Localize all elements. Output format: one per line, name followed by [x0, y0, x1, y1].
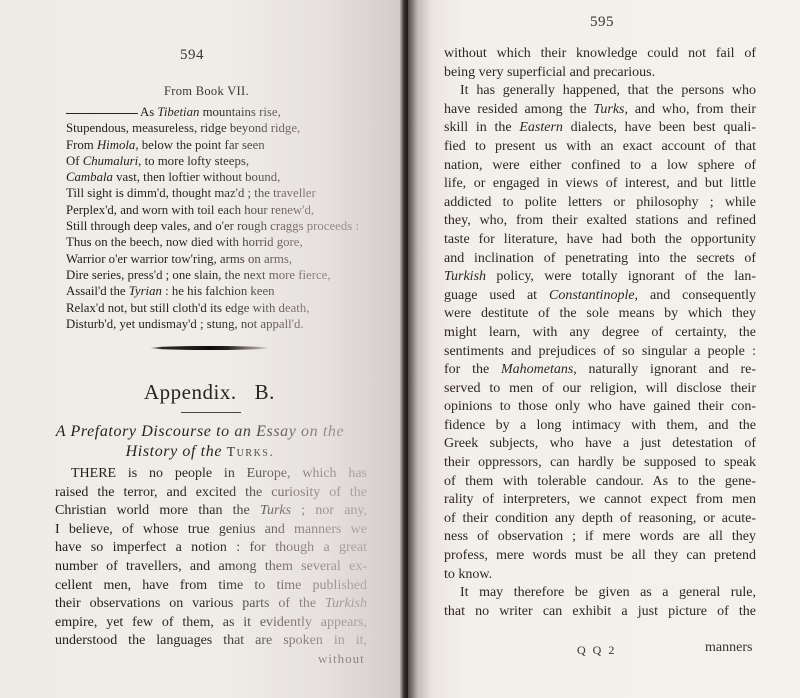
text-line: profess, mere words must be all they can…	[444, 547, 756, 566]
appendix-heading: Appendix.B.	[144, 380, 275, 405]
text-line: without which their knowledge could not …	[444, 45, 756, 64]
text-line: life, or engaged in views of interest, a…	[444, 175, 756, 194]
poem-line: Thus on the beech, now died with horrid …	[66, 234, 396, 250]
discourse-title: A Prefatory Discourse to an Essay on the…	[30, 422, 370, 463]
text-line: being very superficial and precarious.	[444, 64, 756, 83]
poem-line: Disturb'd, yet undismay'd ; stung, not a…	[66, 316, 396, 332]
italic-term: Tibetian	[157, 105, 199, 119]
italic-term: Eastern	[519, 120, 563, 135]
heading-underline-rule	[181, 412, 241, 413]
appendix-label: Appendix.	[144, 380, 237, 404]
text-line: they, who, from their exalted stations a…	[444, 212, 756, 231]
text-line: their observations on various parts of t…	[55, 595, 367, 614]
catchword-right: manners	[705, 640, 752, 656]
text-line: were destitute of the sole means by whic…	[444, 305, 756, 324]
text-line: might learn, with any degree of certaint…	[444, 324, 756, 343]
decorative-ornament-rule	[150, 346, 270, 350]
text-line: It may therefore be given as a general r…	[444, 584, 756, 603]
poem-line: Cambala vast, then loftier without bound…	[66, 169, 396, 185]
discourse-title-italic: History of the	[126, 443, 227, 460]
appendix-letter: B.	[255, 380, 275, 404]
text-line: fied to present us with an exact account…	[444, 138, 756, 157]
italic-term: Turks	[260, 503, 291, 518]
text-line: sentiments and prejudices of so singular…	[444, 343, 756, 362]
text-line: taste for literature, have had both the …	[444, 231, 756, 250]
text-line: cellent men, have from time to time publ…	[55, 577, 367, 596]
italic-term: Tyrian	[129, 284, 162, 298]
discourse-title-line-1: A Prefatory Discourse to an Essay on the	[30, 422, 370, 442]
poem-line: Still through deep vales, and o'er rough…	[66, 218, 396, 234]
text-line: their oppressors, can hardly be supposed…	[444, 454, 756, 473]
text-line: empire, yet few of them, as it evidently…	[55, 614, 367, 633]
book-spread: 594 From Book VII. As Tibetian mountains…	[0, 0, 800, 698]
catchword-left: without	[318, 651, 365, 667]
text-line: Greek subjects, who have a just detestat…	[444, 435, 756, 454]
text-line: understood the languages that are spoken…	[55, 632, 367, 651]
discourse-title-smallcaps: Turks.	[227, 445, 275, 460]
text-line: Turkish policy, were totally ignorant of…	[444, 268, 756, 287]
text-line: addicted to polite letters or philosophy…	[444, 194, 756, 213]
text-line: It has generally happened, that the pers…	[444, 82, 756, 101]
text-line: THERE is no people in Europe, which has	[55, 465, 367, 484]
poem-line: Of Chumaluri, to more lofty steeps,	[66, 153, 396, 169]
book-heading: From Book VII.	[164, 84, 249, 99]
poem-line: Perplex'd, and worn with toil each hour …	[66, 202, 396, 218]
text-line: have so imperfect a notion : for though …	[55, 539, 367, 558]
poem-line: Stupendous, measureless, ridge beyond ri…	[66, 120, 396, 136]
left-body-text: THERE is no people in Europe, which hasr…	[55, 465, 367, 651]
italic-term: Himola	[97, 138, 135, 152]
text-line: have resided among the Turks, and who, f…	[444, 101, 756, 120]
signature-mark: Q Q 2	[577, 643, 616, 658]
text-line: guage used at Constantinople, and conseq…	[444, 287, 756, 306]
italic-term: Chumaluri	[83, 154, 138, 168]
text-line: Christian world more than the Turks ; no…	[55, 502, 367, 521]
poem-line: Warrior o'er warrior tow'ring, arms on a…	[66, 251, 396, 267]
discourse-title-line-2: History of the Turks.	[30, 442, 370, 463]
italic-term: Cambala	[66, 170, 113, 184]
text-line: served to men of our religion, will disc…	[444, 380, 756, 399]
italic-term: Mahometans	[501, 362, 573, 377]
text-line: raised the terror, and excited the curio…	[55, 484, 367, 503]
page-number-left: 594	[180, 47, 204, 64]
poem-line: From Himola, below the point far seen	[66, 137, 396, 153]
poem-line: As Tibetian mountains rise,	[66, 104, 396, 120]
poem-excerpt: As Tibetian mountains rise,Stupendous, m…	[66, 104, 396, 332]
book-spine-gutter	[400, 0, 408, 698]
poem-line: Relax'd not, but still cloth'd its edge …	[66, 300, 396, 316]
text-line: rality of interpreters, we cannot expect…	[444, 491, 756, 510]
text-line: skill in the Eastern dialects, have been…	[444, 119, 756, 138]
page-number-right: 595	[590, 14, 614, 31]
text-line: of them with tolerable candour. As to th…	[444, 473, 756, 492]
italic-term: Turkish	[444, 269, 486, 284]
text-line: fidence by a long intimacy with them, an…	[444, 417, 756, 436]
poem-line: Dire series, press'd ; one slain, the ne…	[66, 267, 396, 283]
text-line: I believe, of whose true genius and mann…	[55, 521, 367, 540]
italic-term: Turkish	[325, 596, 367, 611]
text-line: and inclination of penetrating into the …	[444, 250, 756, 269]
text-line: ness of observation ; if mere words are …	[444, 528, 756, 547]
italic-term: Turks	[593, 102, 624, 117]
right-body-text: without which their knowledge could not …	[444, 45, 756, 621]
verse-dash-rule	[66, 113, 138, 114]
italic-term: Constantinople	[549, 288, 635, 303]
poem-line: Assail'd the Tyrian : he his falchion ke…	[66, 283, 396, 299]
text-line: nation, were either confined to a low sp…	[444, 157, 756, 176]
text-line: of their condition any depth of reasonin…	[444, 510, 756, 529]
text-line: number of travellers, and among them sev…	[55, 558, 367, 577]
text-line: that no writer can exhibit a just pictur…	[444, 603, 756, 622]
text-line: for the Mahometans, naturally ignorant a…	[444, 361, 756, 380]
poem-line: Till sight is dimm'd, thought maz'd ; th…	[66, 185, 396, 201]
text-line: to know.	[444, 566, 756, 585]
text-line: opinions to those only who have gained t…	[444, 398, 756, 417]
